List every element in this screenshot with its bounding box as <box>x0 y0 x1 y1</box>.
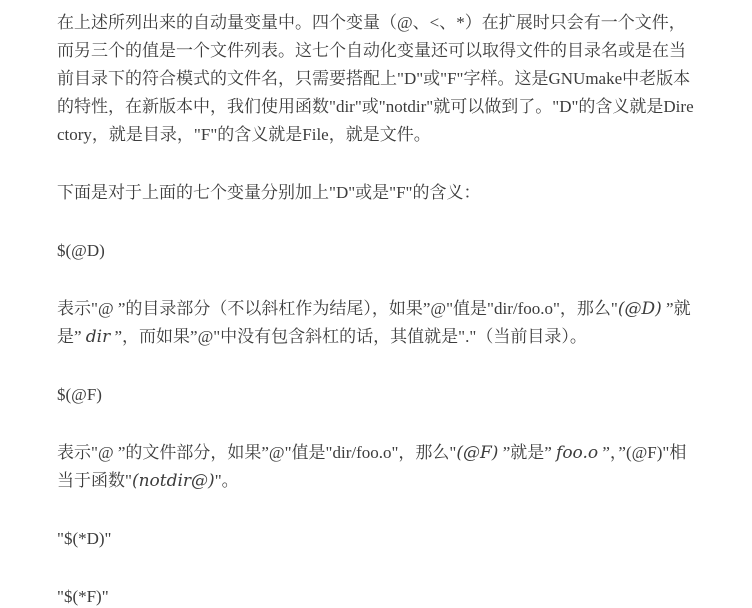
document-content: 在上述所列出来的自动量变量中。四个变量（@、<、*）在扩展时只会有一个文件，而另… <box>0 0 752 608</box>
paragraph-at-d-description: 表示"@ ”的目录部分（不以斜杠作为结尾），如果”@"值是"dir/foo.o"… <box>57 295 695 351</box>
paragraph-at-f-description: 表示"@ ”的文件部分，如果”@"值是"dir/foo.o"，那么"(@F) ”… <box>57 439 695 495</box>
code-line-at-d: $(@D) <box>57 237 695 265</box>
document-page: 在上述所列出来的自动量变量中。四个变量（@、<、*）在扩展时只会有一个文件，而另… <box>0 0 752 608</box>
text-segment: 表示"@ ”的文件部分，如果”@"值是"dir/foo.o"，那么" <box>57 443 456 462</box>
text-segment: (@F) <box>456 443 498 463</box>
text-segment: 下面是对于上面的七个变量分别加上"D"或是"F"的含义： <box>57 183 481 202</box>
text-segment: ”就是” <box>498 443 556 462</box>
text-segment: "。 <box>215 471 239 490</box>
text-segment: $(@D) <box>57 241 105 260</box>
paragraph-lead-in: 下面是对于上面的七个变量分别加上"D"或是"F"的含义： <box>57 179 695 207</box>
paragraph-intro: 在上述所列出来的自动量变量中。四个变量（@、<、*）在扩展时只会有一个文件，而另… <box>57 9 695 149</box>
text-segment: (notdir@) <box>132 471 215 491</box>
text-segment: "$(*D)" <box>57 529 111 548</box>
text-segment: $(@F) <box>57 385 102 404</box>
text-segment: (@D) <box>618 299 662 319</box>
text-segment: 在上述所列出来的自动量变量中。四个变量（@、<、*）在扩展时只会有一个文件，而另… <box>57 13 694 144</box>
text-segment: 表示"@ ”的目录部分（不以斜杠作为结尾），如果”@"值是"dir/foo.o"… <box>57 299 618 318</box>
code-line-at-f: $(@F) <box>57 381 695 409</box>
text-segment: foo.o <box>556 443 598 463</box>
code-line-star-f: "$(*F)" <box>57 583 695 608</box>
text-segment: ”，而如果”@"中没有包含斜杠的话，其值就是"."（当前目录）。 <box>110 327 587 346</box>
text-segment: dir <box>86 327 110 347</box>
code-line-star-d: "$(*D)" <box>57 525 695 553</box>
text-segment: "$(*F)" <box>57 587 109 606</box>
